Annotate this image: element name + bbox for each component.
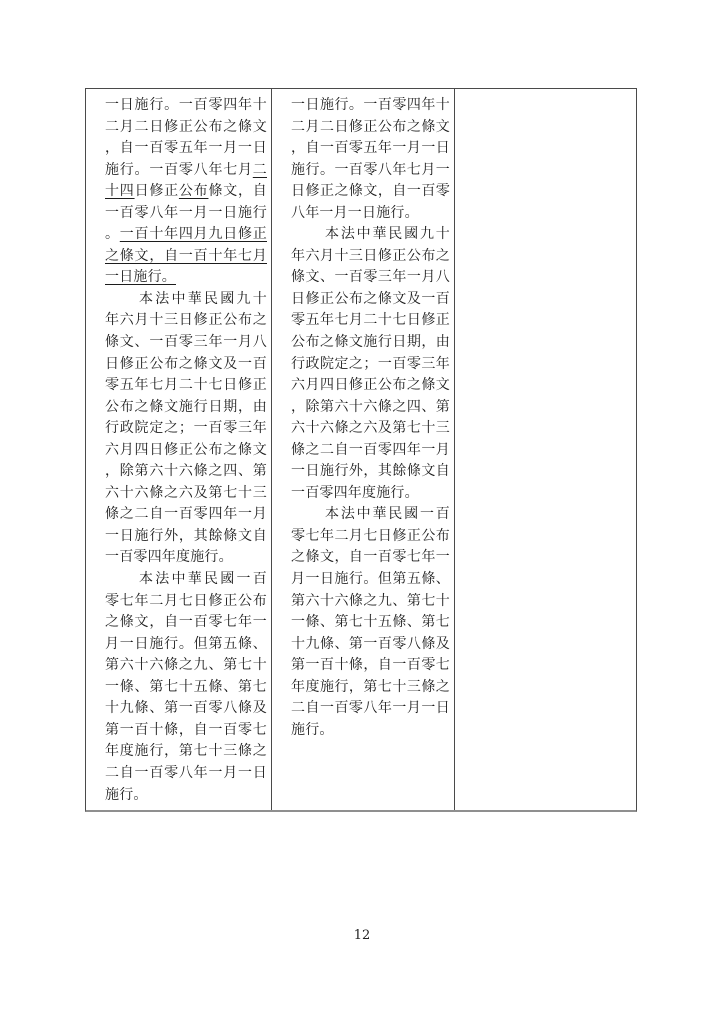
text-segment: 施行。一百零八年七月 bbox=[105, 162, 253, 178]
text-line: 公布之條文施行日期，由 bbox=[105, 397, 267, 419]
text-line: 本法中華民國九十 bbox=[105, 289, 267, 311]
text-line: 年度施行，第七十三條之 bbox=[105, 741, 267, 763]
text-segment: ，自一百零五年一月一日 bbox=[291, 140, 450, 156]
text-segment: 施行。 bbox=[291, 722, 334, 738]
text-segment: 二自一百零八年一月一日 bbox=[291, 700, 450, 716]
table-column-1: 一日施行。一百零四年十二月二日修正公布之條文，自一百零五年一月一日施行。一百零八… bbox=[86, 89, 271, 810]
text-segment: 二月二日修正公布之條文 bbox=[291, 119, 450, 135]
underlined-text: 一日施行。 bbox=[105, 269, 176, 285]
text-line: 一日施行。 bbox=[105, 267, 267, 289]
text-line: 之條文，自一百零七年一 bbox=[105, 612, 267, 634]
text-line: 零七年二月七日修正公布 bbox=[105, 591, 267, 613]
text-line: 日修正公布之條文及一百 bbox=[105, 354, 267, 376]
text-line: 六月四日修正公布之條文 bbox=[291, 375, 450, 397]
underlined-text: 二 bbox=[253, 162, 267, 178]
underlined-text: 十四 bbox=[105, 183, 135, 199]
text-line: 六十六條之六及第七十三 bbox=[291, 418, 450, 440]
text-segment: 二自一百零八年一月一日 bbox=[105, 765, 267, 781]
text-segment: 零五年七月二十七日修正 bbox=[291, 312, 450, 328]
table-column-2: 一日施行。一百零四年十二月二日修正公布之條文，自一百零五年一月一日施行。一百零八… bbox=[271, 89, 454, 810]
text-segment: 日修正之條文，自一百零 bbox=[291, 183, 450, 199]
text-line: 行政院定之；一百零三年 bbox=[105, 418, 267, 440]
underlined-text: 公布 bbox=[179, 183, 209, 199]
text-line: 月一日施行。但第五條、 bbox=[291, 569, 450, 591]
text-line: 本法中華民國一百 bbox=[291, 504, 450, 526]
text-line: 一百零八年一月一日施行 bbox=[105, 203, 267, 225]
text-segment: 條文、一百零三年一月八 bbox=[105, 334, 267, 350]
text-segment: 一百零四年度施行。 bbox=[291, 485, 419, 501]
text-segment: 之條文，自一百零七年一 bbox=[105, 614, 267, 630]
text-segment: 八年一月一日施行。 bbox=[291, 205, 419, 221]
text-line: 二自一百零八年一月一日 bbox=[291, 698, 450, 720]
text-segment: 日修正公布之條文及一百 bbox=[291, 291, 450, 307]
text-line: 第一百十條，自一百零七 bbox=[105, 720, 267, 742]
text-line: 八年一月一日施行。 bbox=[291, 203, 450, 225]
text-segment: 本法中華民國九十 bbox=[325, 226, 450, 242]
text-segment: 六十六條之六及第七十三 bbox=[291, 420, 450, 436]
text-line: 一條、第七十五條、第七 bbox=[291, 612, 450, 634]
text-segment: 十九條、第一百零八條及 bbox=[105, 700, 267, 716]
text-line: 零七年二月七日修正公布 bbox=[291, 526, 450, 548]
text-segment: 一日施行。一百零四年十 bbox=[105, 97, 267, 113]
text-line: 。一百十年四月九日修正 bbox=[105, 224, 267, 246]
text-segment: 六十六條之六及第七十三 bbox=[105, 485, 267, 501]
text-segment: ，除第六十六條之四、第 bbox=[291, 399, 450, 415]
amendment-history-table: 一日施行。一百零四年十二月二日修正公布之條文，自一百零五年一月一日施行。一百零八… bbox=[85, 88, 637, 812]
text-line: 條文、一百零三年一月八 bbox=[105, 332, 267, 354]
text-segment: 一百零四年度施行。 bbox=[105, 549, 233, 565]
text-segment: 公布之條文施行日期，由 bbox=[291, 334, 450, 350]
text-line: 零五年七月二十七日修正 bbox=[105, 375, 267, 397]
text-line: 一百零四年度施行。 bbox=[291, 483, 450, 505]
text-segment: 條文、一百零三年一月八 bbox=[291, 269, 450, 285]
text-line: 施行。 bbox=[105, 785, 267, 807]
text-line: 一條、第七十五條、第七 bbox=[105, 677, 267, 699]
text-line: 一日施行。一百零四年十 bbox=[105, 95, 267, 117]
text-segment: 一日施行。一百零四年十 bbox=[291, 97, 450, 113]
text-segment: 本法中華民國九十 bbox=[139, 291, 267, 307]
text-line: 施行。一百零八年七月一 bbox=[291, 160, 450, 182]
text-line: 施行。 bbox=[291, 720, 450, 742]
text-line: 公布之條文施行日期，由 bbox=[291, 332, 450, 354]
text-segment: 一日施行外，其餘條文自 bbox=[105, 528, 267, 544]
text-segment: 日修正 bbox=[135, 183, 179, 199]
text-segment: 年六月十三日修正公布之 bbox=[105, 312, 267, 328]
text-segment: ，除第六十六條之四、第 bbox=[105, 463, 267, 479]
text-segment: 條之二自一百零四年一月 bbox=[291, 442, 450, 458]
text-line: 二月二日修正公布之條文 bbox=[105, 117, 267, 139]
text-line: 日修正之條文，自一百零 bbox=[291, 181, 450, 203]
text-line: 一日施行外，其餘條文自 bbox=[291, 461, 450, 483]
text-segment: 月一日施行。但第五條、 bbox=[291, 571, 450, 587]
text-line: 十四日修正公布條文，自 bbox=[105, 181, 267, 203]
underlined-text: 一百十年四月九日修正 bbox=[120, 226, 267, 242]
text-line: 二月二日修正公布之條文 bbox=[291, 117, 450, 139]
text-line: 年六月十三日修正公布之 bbox=[105, 310, 267, 332]
text-segment: 行政院定之；一百零三年 bbox=[291, 356, 450, 372]
text-segment: 年六月十三日修正公布之 bbox=[291, 248, 450, 264]
text-segment: 年度施行，第七十三條之 bbox=[291, 679, 450, 695]
text-line: 第一百十條，自一百零七 bbox=[291, 655, 450, 677]
text-segment: 之條文，自一百零七年一 bbox=[291, 549, 450, 565]
text-line: 零五年七月二十七日修正 bbox=[291, 310, 450, 332]
text-line: 行政院定之；一百零三年 bbox=[291, 354, 450, 376]
text-line: 一日施行。一百零四年十 bbox=[291, 95, 450, 117]
text-line: 月一日施行。但第五條、 bbox=[105, 634, 267, 656]
text-segment: 一百零八年一月一日施行 bbox=[105, 205, 267, 221]
text-segment: 本法中華民國一百 bbox=[325, 506, 450, 522]
text-segment: 條之二自一百零四年一月 bbox=[105, 506, 267, 522]
text-segment: 十九條、第一百零八條及 bbox=[291, 636, 450, 652]
text-line: 十九條、第一百零八條及 bbox=[291, 634, 450, 656]
text-line: 十九條、第一百零八條及 bbox=[105, 698, 267, 720]
text-segment: 第六十六條之九、第七十 bbox=[105, 657, 267, 673]
text-segment: 零七年二月七日修正公布 bbox=[291, 528, 450, 544]
text-segment: 公布之條文施行日期，由 bbox=[105, 399, 267, 415]
text-segment: 一條、第七十五條、第七 bbox=[291, 614, 450, 630]
text-segment: 條文，自 bbox=[208, 183, 267, 199]
text-segment: 年度施行，第七十三條之 bbox=[105, 743, 267, 759]
text-line: 二自一百零八年一月一日 bbox=[105, 763, 267, 785]
text-line: ，自一百零五年一月一日 bbox=[291, 138, 450, 160]
text-line: ，除第六十六條之四、第 bbox=[105, 461, 267, 483]
text-segment: 第一百十條，自一百零七 bbox=[105, 722, 267, 738]
text-line: 一日施行外，其餘條文自 bbox=[105, 526, 267, 548]
text-line: 一百零四年度施行。 bbox=[105, 547, 267, 569]
table-column-3 bbox=[454, 89, 636, 810]
text-line: 年六月十三日修正公布之 bbox=[291, 246, 450, 268]
document-page: 一日施行。一百零四年十二月二日修正公布之條文，自一百零五年一月一日施行。一百零八… bbox=[0, 0, 724, 1024]
text-line: 第六十六條之九、第七十 bbox=[105, 655, 267, 677]
text-segment: ，自一百零五年一月一日 bbox=[105, 140, 267, 156]
text-line: 第六十六條之九、第七十 bbox=[291, 591, 450, 613]
text-line: 條之二自一百零四年一月 bbox=[105, 504, 267, 526]
text-line: 條之二自一百零四年一月 bbox=[291, 440, 450, 462]
text-segment: 六月四日修正公布之條文 bbox=[105, 442, 267, 458]
text-line: 之條文，自一百零七年一 bbox=[291, 547, 450, 569]
text-line: 條文、一百零三年一月八 bbox=[291, 267, 450, 289]
text-line: ，自一百零五年一月一日 bbox=[105, 138, 267, 160]
text-line: 年度施行，第七十三條之 bbox=[291, 677, 450, 699]
text-segment: 一條、第七十五條、第七 bbox=[105, 679, 267, 695]
text-line: 六月四日修正公布之條文 bbox=[105, 440, 267, 462]
page-number: 12 bbox=[0, 928, 724, 943]
text-segment: 日修正公布之條文及一百 bbox=[105, 356, 267, 372]
text-line: 之條文，自一百十年七月 bbox=[105, 246, 267, 268]
text-line: 本法中華民國九十 bbox=[291, 224, 450, 246]
text-segment: 零七年二月七日修正公布 bbox=[105, 593, 267, 609]
text-segment: 一日施行外，其餘條文自 bbox=[291, 463, 450, 479]
text-line: 日修正公布之條文及一百 bbox=[291, 289, 450, 311]
text-segment: 月一日施行。但第五條、 bbox=[105, 636, 267, 652]
text-segment: 六月四日修正公布之條文 bbox=[291, 377, 450, 393]
text-segment: 行政院定之；一百零三年 bbox=[105, 420, 267, 436]
text-line: 本法中華民國一百 bbox=[105, 569, 267, 591]
text-line: 施行。一百零八年七月二 bbox=[105, 160, 267, 182]
text-segment: 第一百十條，自一百零七 bbox=[291, 657, 450, 673]
underlined-text: 之條文，自一百十年七月 bbox=[105, 248, 267, 264]
text-segment: 施行。 bbox=[105, 787, 148, 803]
text-segment: 本法中華民國一百 bbox=[139, 571, 267, 587]
text-segment: 零五年七月二十七日修正 bbox=[105, 377, 267, 393]
text-line: 六十六條之六及第七十三 bbox=[105, 483, 267, 505]
text-segment: 施行。一百零八年七月一 bbox=[291, 162, 450, 178]
text-segment: 第六十六條之九、第七十 bbox=[291, 593, 450, 609]
text-line: ，除第六十六條之四、第 bbox=[291, 397, 450, 419]
text-segment: 。 bbox=[105, 226, 120, 242]
text-segment: 二月二日修正公布之條文 bbox=[105, 119, 267, 135]
